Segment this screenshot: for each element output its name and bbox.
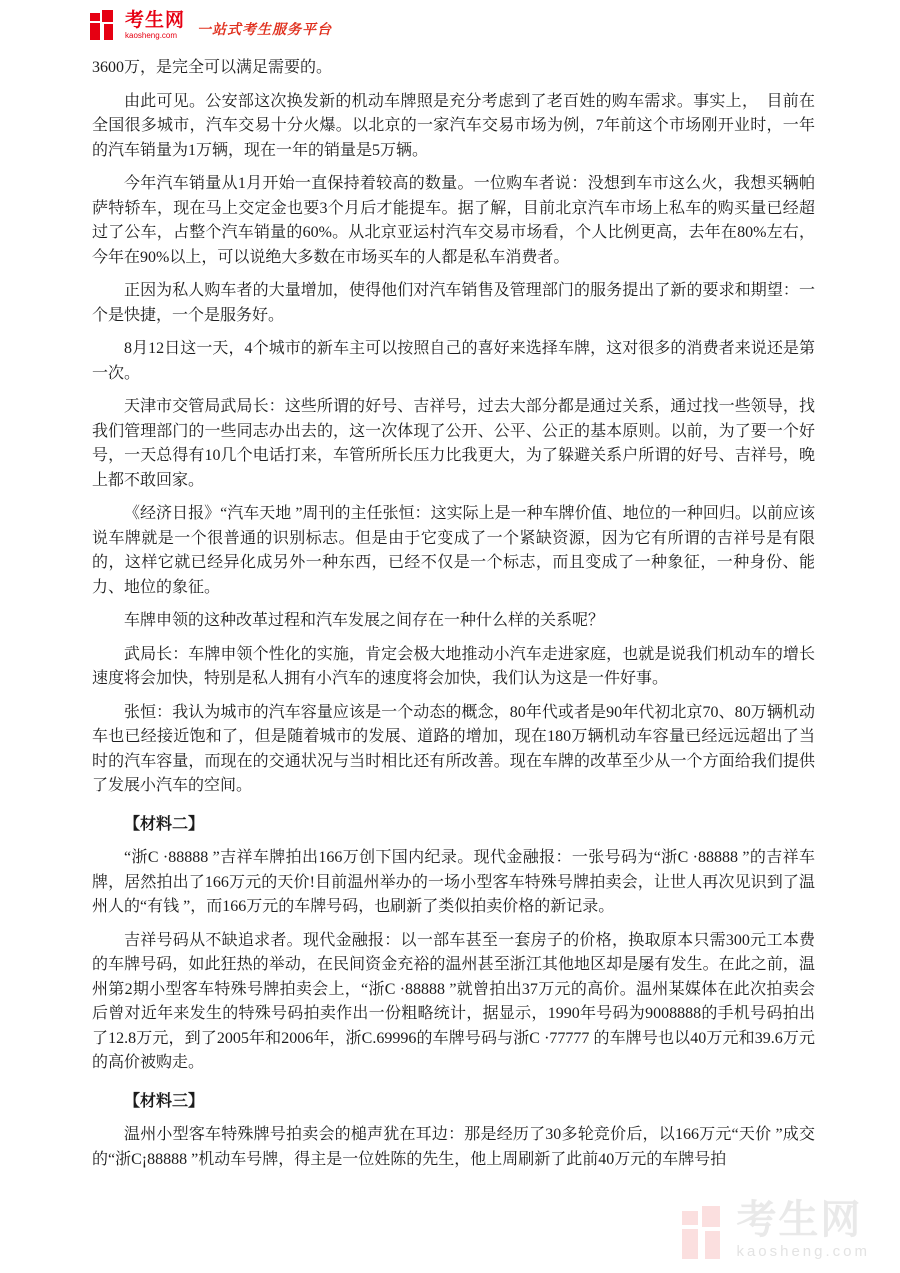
paragraph: 温州小型客车特殊牌号拍卖会的槌声犹在耳边：那是经历了30多轮竞价后，以166万元… <box>92 1123 815 1172</box>
watermark-text: 考生网 <box>736 1200 870 1240</box>
paragraph: 武局长：车牌申领个性化的实施，肯定会极大地推动小汽车走进家庭，也就是说我们机动车… <box>92 643 815 692</box>
paragraph: 《经济日报》“汽车天地 ”周刊的主任张恒：这实际上是一种车牌价值、地位的一种回归… <box>92 502 815 600</box>
watermark-domain: kaosheng.com <box>736 1244 870 1259</box>
paragraph: 正因为私人购车者的大量增加，使得他们对汽车销售及管理部门的服务提出了新的要求和期… <box>92 279 815 328</box>
watermark-text-group: 考生网 kaosheng.com <box>736 1200 870 1259</box>
paragraph: 天津市交管局武局长：这些所谓的好号、吉祥号，过去大部分都是通过关系，通过找一些领… <box>92 395 815 493</box>
paragraph: 8月12日这一天，4个城市的新车主可以按照自己的喜好来选择车牌，这对很多的消费者… <box>92 337 815 386</box>
logo-text: 考生网 <box>125 11 185 30</box>
paragraph: 今年汽车销量从1月开始一直保持着较高的数量。一位购车者说：没想到车市这么火，我想… <box>92 172 815 270</box>
material-heading: 【材料二】 <box>92 813 815 838</box>
material-heading: 【材料三】 <box>92 1090 815 1115</box>
paragraph: 3600万，是完全可以满足需要的。 <box>92 56 815 81</box>
paragraph: 由此可见。公安部这次换发新的机动车牌照是充分考虑到了老百姓的购车需求。事实上， … <box>92 90 815 164</box>
kaosheng-watermark-logo-icon <box>682 1206 730 1261</box>
letterhead: 考生网 kaosheng.com 一站式考生服务平台 <box>90 10 332 40</box>
paragraph: 张恒：我认为城市的汽车容量应该是一个动态的概念，80年代或者是90年代初北京70… <box>92 701 815 799</box>
logo-tagline: 一站式考生服务平台 <box>197 19 332 39</box>
logo-domain: kaosheng.com <box>125 32 185 40</box>
paragraph: 车牌申领的这种改革过程和汽车发展之间存在一种什么样的关系呢？ <box>92 609 815 634</box>
document-page: { "header": { "logo_text": "考生网", "logo_… <box>0 0 900 1273</box>
paragraph: 吉祥号码从不缺追求者。现代金融报：以一部车甚至一套房子的价格，换取原本只需300… <box>92 929 815 1076</box>
watermark: 考生网 kaosheng.com <box>682 1200 870 1261</box>
kaosheng-logo-icon <box>90 10 120 40</box>
paragraph: “浙C ·88888 ”吉祥车牌拍出166万创下国内纪录。现代金融报：一张号码为… <box>92 846 815 920</box>
logo-text-group: 考生网 kaosheng.com <box>125 11 185 40</box>
document-body: 3600万，是完全可以满足需要的。由此可见。公安部这次换发新的机动车牌照是充分考… <box>92 56 815 1181</box>
